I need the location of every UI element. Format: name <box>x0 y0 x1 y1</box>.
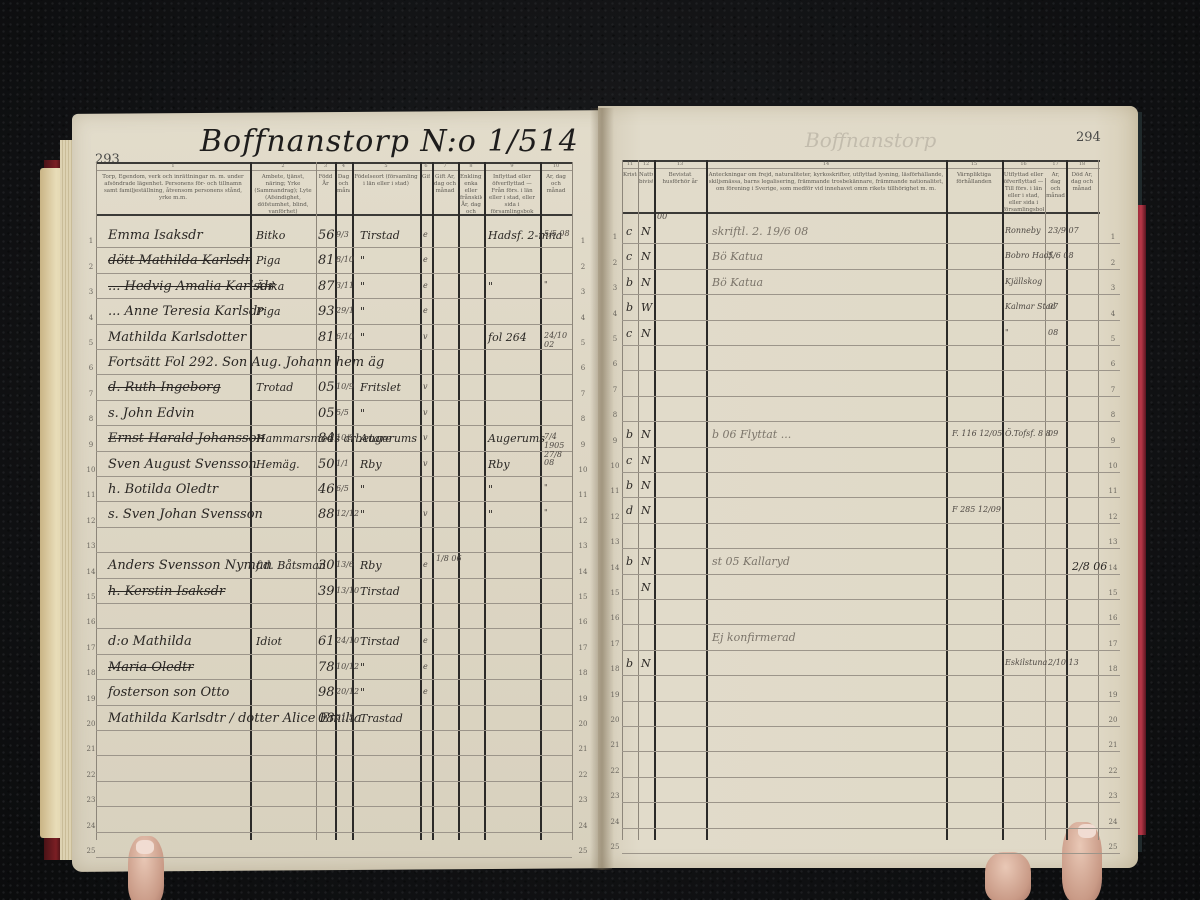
bleed-through-title: Boffnanstorp <box>805 128 936 152</box>
row-rule <box>622 269 1120 270</box>
row-rule <box>96 857 572 858</box>
column-header: Enkling, enka eller frånskild År, dag oc… <box>460 174 482 214</box>
entry-nattvard: N <box>641 657 651 670</box>
column-number: 16 <box>1002 161 1045 167</box>
entry-moved-date: 5/5 08 <box>544 229 572 238</box>
right-thumbnail <box>1078 824 1096 838</box>
row-rule <box>622 548 1120 549</box>
entry-nattvard: N <box>641 327 651 340</box>
entry-mark: e <box>423 636 428 645</box>
entry-birthplace: " <box>360 661 365 674</box>
row-number: 7 <box>576 390 590 398</box>
row-number: 6 <box>84 364 98 372</box>
row-number: 4 <box>1106 310 1120 318</box>
entry-mark: e <box>423 255 428 264</box>
row-rule <box>96 349 572 350</box>
entry-birthplace: " <box>360 508 365 521</box>
column-divider <box>1002 160 1004 840</box>
entry-birth-year: 78 <box>318 660 335 675</box>
row-number: 16 <box>1106 614 1120 622</box>
entry-kunskap: c <box>626 225 632 238</box>
row-number: 22 <box>84 771 98 779</box>
row-rule <box>96 730 572 731</box>
row-number: 10 <box>576 466 590 474</box>
entry-birth-year: 88 <box>318 507 335 522</box>
entry-name: d:o Mathilda <box>108 634 192 649</box>
row-number: 25 <box>1106 843 1120 851</box>
entry-birthplace: Rby <box>360 559 382 572</box>
entry-birth-date: 13/6 <box>336 560 354 569</box>
entry-birth-date: 6/10 <box>336 332 354 341</box>
row-number: 21 <box>1106 741 1120 749</box>
entry-note: b 06 Flyttat ... <box>712 428 791 441</box>
entry-birthplace: Tirstad <box>360 585 400 598</box>
entry-kunskap: c <box>626 454 632 467</box>
entry-mark: v <box>423 382 428 391</box>
column-divider <box>638 160 639 840</box>
row-number: 10 <box>1106 462 1120 470</box>
column-header: Kristendomskunskap <box>623 172 637 212</box>
entry-name: ... Anne Teresia Karlsdr <box>108 304 264 319</box>
row-number: 4 <box>84 314 98 322</box>
column-divider <box>1045 178 1046 840</box>
column-header: Inflyttad eller öfverflyttad — Från förs… <box>486 174 538 214</box>
entry-married-date: 1/8 06 <box>436 554 462 563</box>
header-mark: 00 <box>657 212 667 221</box>
row-number: 14 <box>1106 564 1120 572</box>
row-number: 23 <box>576 796 590 804</box>
row-number: 3 <box>576 288 590 296</box>
row-rule <box>622 624 1120 625</box>
row-number: 8 <box>84 415 98 423</box>
entry-birth-year: 81 <box>318 330 335 345</box>
entry-birth-date: 1/1 <box>336 459 349 468</box>
row-number: 5 <box>1106 335 1120 343</box>
right-page <box>598 106 1138 868</box>
entry-moved-to: " <box>1005 328 1009 337</box>
row-number: 9 <box>1106 437 1120 445</box>
entry-name: Mathilda Karlsdotter <box>108 330 246 345</box>
row-rule <box>622 472 1120 473</box>
column-divider <box>622 160 623 840</box>
entry-birth-date: 24/10 <box>336 636 359 645</box>
row-number: 20 <box>576 720 590 728</box>
entry-title: Piga <box>256 305 281 318</box>
entry-mark: e <box>423 281 428 290</box>
row-number: 18 <box>1106 665 1120 673</box>
row-number: 11 <box>576 491 590 499</box>
row-number: 22 <box>576 771 590 779</box>
entry-moved-from: Rby <box>488 458 510 471</box>
row-number: 8 <box>576 415 590 423</box>
entry-nattvard: N <box>641 581 651 594</box>
entry-birth-date: 29/1 <box>336 306 354 315</box>
entry-kunskap: b <box>626 657 633 670</box>
entry-note: Bö Katua <box>712 276 763 289</box>
row-number: 11 <box>1106 487 1120 495</box>
row-rule <box>96 781 572 782</box>
entry-birth-year: 81 <box>318 253 335 268</box>
row-number: 13 <box>1106 538 1120 546</box>
column-number: 3 <box>316 163 335 169</box>
entry-birth-date: 8/10 <box>336 255 354 264</box>
row-number: 2 <box>84 263 98 271</box>
entry-birth-date: 3/11 <box>336 281 354 290</box>
left-thumbnail <box>136 840 154 854</box>
row-number: 17 <box>1106 640 1120 648</box>
entry-birth-date: 20/12 <box>336 687 359 696</box>
row-number: 13 <box>576 542 590 550</box>
row-number: 22 <box>1106 767 1120 775</box>
entry-moved-date: " <box>544 483 572 492</box>
entry-title: Piga <box>256 254 281 267</box>
row-number: 22 <box>608 767 622 775</box>
entry-name: Ernst Harald Johansson <box>108 431 265 446</box>
row-number: 15 <box>84 593 98 601</box>
entry-birth-date: 10/9 <box>336 433 354 442</box>
entry-moved-date: 08 <box>1048 328 1058 337</box>
entry-birth-year: 98 <box>318 685 335 700</box>
row-number: 8 <box>608 411 622 419</box>
row-number: 2 <box>608 259 622 267</box>
entry-birthplace: " <box>360 407 365 420</box>
colnum-rule <box>96 170 572 171</box>
row-number: 12 <box>84 517 98 525</box>
row-number: 11 <box>84 491 98 499</box>
entry-name: Maria Oledtr <box>108 660 194 675</box>
row-number: 10 <box>608 462 622 470</box>
column-number: 12 <box>638 161 654 167</box>
column-header: Nattv. bivistat <box>639 172 653 212</box>
row-rule <box>96 298 572 299</box>
row-number: 6 <box>576 364 590 372</box>
row-rule <box>96 425 572 426</box>
entry-note: skriftl. 2. 19/6 08 <box>712 225 808 238</box>
row-number: 12 <box>608 513 622 521</box>
row-rule <box>622 421 1120 422</box>
entry-name: Sven August Svensson <box>108 457 257 472</box>
row-rule <box>96 628 572 629</box>
row-number: 10 <box>84 466 98 474</box>
row-rule <box>622 726 1120 727</box>
row-rule <box>96 552 572 553</box>
entry-nattvard: N <box>641 454 651 467</box>
entry-nattvard: N <box>641 479 651 492</box>
row-rule <box>622 320 1120 321</box>
entry-nattvard: W <box>641 301 652 314</box>
row-number: 20 <box>608 716 622 724</box>
row-rule <box>96 578 572 579</box>
entry-moved-from: fol 264 <box>488 331 527 344</box>
row-number: 1 <box>576 237 590 245</box>
column-number: 13 <box>654 161 706 167</box>
row-rule <box>622 777 1120 778</box>
column-number: 17 <box>1045 161 1066 167</box>
entry-nattvard: N <box>641 555 651 568</box>
row-number: 25 <box>84 847 98 855</box>
entry-birthplace: Tirstad <box>360 229 400 242</box>
row-number: 25 <box>608 843 622 851</box>
column-header: Födelseort (församling i län eller i sta… <box>354 174 418 214</box>
row-rule <box>622 675 1120 676</box>
row-rule <box>622 345 1120 346</box>
column-header: Gift År, dag och månad <box>434 174 456 214</box>
entry-moved-date: 09 <box>1048 429 1058 438</box>
row-number: 6 <box>1106 360 1120 368</box>
column-number: 1 <box>96 163 250 169</box>
row-number: 21 <box>608 741 622 749</box>
column-number: 10 <box>540 163 572 169</box>
row-number: 19 <box>1106 691 1120 699</box>
column-header: Ämbete, tjänst, näring; Yrke (Sammandrag… <box>252 174 314 214</box>
entry-name: s. Sven Johan Svensson <box>108 507 263 522</box>
row-rule <box>96 603 572 604</box>
entry-name: h. Kerstin Isaksdr <box>108 584 225 599</box>
entry-kunskap: b <box>626 479 633 492</box>
entry-title: Hemäg. <box>256 458 300 471</box>
row-rule <box>96 451 572 452</box>
row-number: 15 <box>1106 589 1120 597</box>
row-number: 24 <box>576 822 590 830</box>
entry-kunskap: b <box>626 428 633 441</box>
entry-birth-year: 93 <box>318 304 335 319</box>
column-header: Född År <box>318 174 333 214</box>
row-number: 5 <box>576 339 590 347</box>
column-number: 6 <box>420 163 432 169</box>
row-number: 9 <box>84 441 98 449</box>
row-rule <box>622 574 1120 575</box>
column-number: 18 <box>1066 161 1098 167</box>
entry-name: d. Ruth Ingeborg <box>108 380 221 395</box>
row-number: 16 <box>608 614 622 622</box>
row-rule <box>96 400 572 401</box>
entry-name: fosterson son Otto <box>108 685 229 700</box>
column-number: 14 <box>706 161 946 167</box>
row-rule <box>622 243 1120 244</box>
entry-kunskap: b <box>626 276 633 289</box>
row-number: 19 <box>576 695 590 703</box>
row-number: 7 <box>1106 386 1120 394</box>
entry-birthplace: Tirstad <box>360 635 400 648</box>
entry-title: Trotad <box>256 381 293 394</box>
entry-kunskap: d <box>626 504 633 517</box>
entry-moved-from: " <box>488 508 493 521</box>
row-rule <box>96 476 572 477</box>
header-bottom-rule <box>622 212 1100 214</box>
row-number: 6 <box>608 360 622 368</box>
row-rule <box>96 273 572 274</box>
entry-mark: v <box>423 408 428 417</box>
entry-title: Bitko <box>256 229 285 242</box>
entry-birth-year: 39 <box>318 584 335 599</box>
row-rule <box>622 599 1120 600</box>
row-number: 21 <box>576 745 590 753</box>
entry-birthplace: Trastad <box>360 712 403 725</box>
row-number: 14 <box>608 564 622 572</box>
entry-moved-date: 2/10 13 <box>1048 658 1079 667</box>
entry-military: F 285 12/09 <box>952 505 1001 514</box>
entry-birth-date: 6/5 <box>336 484 349 493</box>
colnum-rule <box>622 168 1100 169</box>
entry-moved-from: " <box>488 483 493 496</box>
row-rule <box>622 828 1120 829</box>
row-number: 20 <box>1106 716 1120 724</box>
entry-nattvard: N <box>641 428 651 441</box>
entry-moved-to: Ronneby <box>1005 226 1041 235</box>
page-title: Boffnanstorp N:o 1/514 <box>200 124 579 159</box>
column-divider <box>654 160 656 840</box>
row-rule <box>96 654 572 655</box>
entry-birth-date: 21/5 <box>336 713 354 722</box>
column-header: Dag och månad <box>337 174 350 214</box>
row-rule <box>96 527 572 528</box>
column-header: Anteckningar om frejd, naturaliteter, ky… <box>707 172 945 212</box>
entry-birthplace: " <box>360 254 365 267</box>
entry-birthplace: Rby <box>360 458 382 471</box>
row-number: 3 <box>608 284 622 292</box>
entry-mark: e <box>423 230 428 239</box>
row-number: 7 <box>608 386 622 394</box>
row-rule <box>622 523 1120 524</box>
row-number: 2 <box>1106 259 1120 267</box>
row-number: 24 <box>84 822 98 830</box>
entry-birth-date: 9/3 <box>336 230 349 239</box>
row-number: 25 <box>576 847 590 855</box>
row-number: 24 <box>1106 818 1120 826</box>
column-header: År, dag och månad <box>542 174 570 214</box>
entry-birth-year: 05 <box>318 406 335 421</box>
row-number: 19 <box>84 695 98 703</box>
row-number: 7 <box>84 390 98 398</box>
entry-mark: v <box>423 332 428 341</box>
entry-moved-to: Ö.Tofsf. 8 8 <box>1005 429 1051 438</box>
entry-birthplace: Fritslet <box>360 381 401 394</box>
entry-birth-year: 84 <box>318 431 335 446</box>
entry-moved-date: 7/4 1905 27/8 <box>544 432 572 459</box>
entry-birthplace: " <box>360 686 365 699</box>
row-number: 18 <box>576 669 590 677</box>
entry-birth-date: 12/12 <box>336 509 359 518</box>
row-rule <box>96 755 572 756</box>
entry-military: F. 116 12/05 <box>952 429 1002 438</box>
row-number: 16 <box>576 618 590 626</box>
column-divider <box>706 160 708 840</box>
entry-birthplace: Augerums <box>360 432 417 445</box>
row-number: 5 <box>84 339 98 347</box>
entry-name: h. Botilda Oledtr <box>108 482 218 497</box>
row-number: 4 <box>608 310 622 318</box>
entry-mark: e <box>423 687 428 696</box>
entry-moved-date: " <box>544 280 572 289</box>
row-number: 1 <box>1106 233 1120 241</box>
entry-birthplace: " <box>360 483 365 496</box>
entry-birth-year: 61 <box>318 634 335 649</box>
entry-kunskap: c <box>626 250 632 263</box>
entry-birth-date: 10/12 <box>336 662 359 671</box>
entry-nattvard: N <box>641 504 651 517</box>
row-rule <box>96 324 572 325</box>
column-divider <box>572 162 573 840</box>
entry-name: ... Hedvig Amalia Karlsdr <box>108 279 275 294</box>
entry-birth-year: 87 <box>318 279 335 294</box>
row-number: 17 <box>576 644 590 652</box>
entry-moved-to: Eskilstuna <box>1005 658 1047 667</box>
entry-mark: e <box>423 560 428 569</box>
row-number: 20 <box>84 720 98 728</box>
entry-moved-date: " <box>544 508 572 517</box>
column-number: 9 <box>484 163 540 169</box>
column-header: År, dag och månad <box>1046 172 1065 212</box>
row-number: 5 <box>608 335 622 343</box>
entry-birth-date: 5/5 <box>336 408 349 417</box>
entry-moved-date: 24/10 02 <box>544 331 572 349</box>
entry-moved-date: 08 <box>544 458 572 467</box>
row-number: 4 <box>576 314 590 322</box>
entry-birthplace: " <box>360 331 365 344</box>
row-rule <box>622 701 1120 702</box>
row-number: 23 <box>1106 792 1120 800</box>
entry-name: dött Mathilda Karlsdr <box>108 253 251 268</box>
column-header: Utflyttad eller öfverflyttad — Till förs… <box>1003 172 1044 212</box>
column-header: Död År, dag och månad <box>1067 172 1097 212</box>
row-number: 23 <box>84 796 98 804</box>
column-header: Värnpliktiga förhållanden <box>947 172 1001 212</box>
row-rule <box>96 501 572 502</box>
row-rule <box>622 497 1120 498</box>
entry-birth-date: 13/10 <box>336 586 359 595</box>
entry-birth-year: 50 <box>318 457 335 472</box>
row-number: 1 <box>608 233 622 241</box>
row-rule <box>96 247 572 248</box>
entry-title: Idiot <box>256 635 282 648</box>
row-number: 13 <box>608 538 622 546</box>
row-rule <box>96 832 572 833</box>
right-finger <box>985 852 1031 900</box>
entry-note: Ej konfirmerad <box>712 631 796 644</box>
row-number: 17 <box>608 640 622 648</box>
row-number: 18 <box>608 665 622 673</box>
entry-title: Änka <box>256 280 284 293</box>
right-page-number: 294 <box>1076 130 1101 145</box>
entry-birth-year: 46 <box>318 482 335 497</box>
row-number: 14 <box>576 568 590 576</box>
row-rule <box>622 294 1120 295</box>
header-bottom-rule <box>96 214 572 216</box>
row-number: 19 <box>608 691 622 699</box>
entry-moved-to: Kjällskog <box>1005 277 1042 286</box>
entry-kunskap: c <box>626 327 632 340</box>
column-number: 8 <box>458 163 484 169</box>
row-number: 12 <box>1106 513 1120 521</box>
entry-birthplace: " <box>360 280 365 293</box>
row-number: 2 <box>576 263 590 271</box>
entry-birth-year: 30 <box>318 558 335 573</box>
row-number: 14 <box>84 568 98 576</box>
column-divider <box>1066 160 1068 840</box>
row-number: 16 <box>84 618 98 626</box>
entry-name: Anders Svensson Nyman <box>108 558 272 573</box>
entry-moved-date: 5/6 08 <box>1048 251 1074 260</box>
entry-moved-from: Augerums <box>488 432 545 445</box>
entry-birth-year: 56 <box>318 228 335 243</box>
entry-mark: e <box>423 662 428 671</box>
row-rule <box>622 447 1120 448</box>
entry-name: Fortsätt Fol 292. Son Aug. Johann hem äg <box>108 355 384 370</box>
row-number: 24 <box>608 818 622 826</box>
row-number: 17 <box>84 644 98 652</box>
entry-birthplace: " <box>360 305 365 318</box>
row-number: 11 <box>608 487 622 495</box>
